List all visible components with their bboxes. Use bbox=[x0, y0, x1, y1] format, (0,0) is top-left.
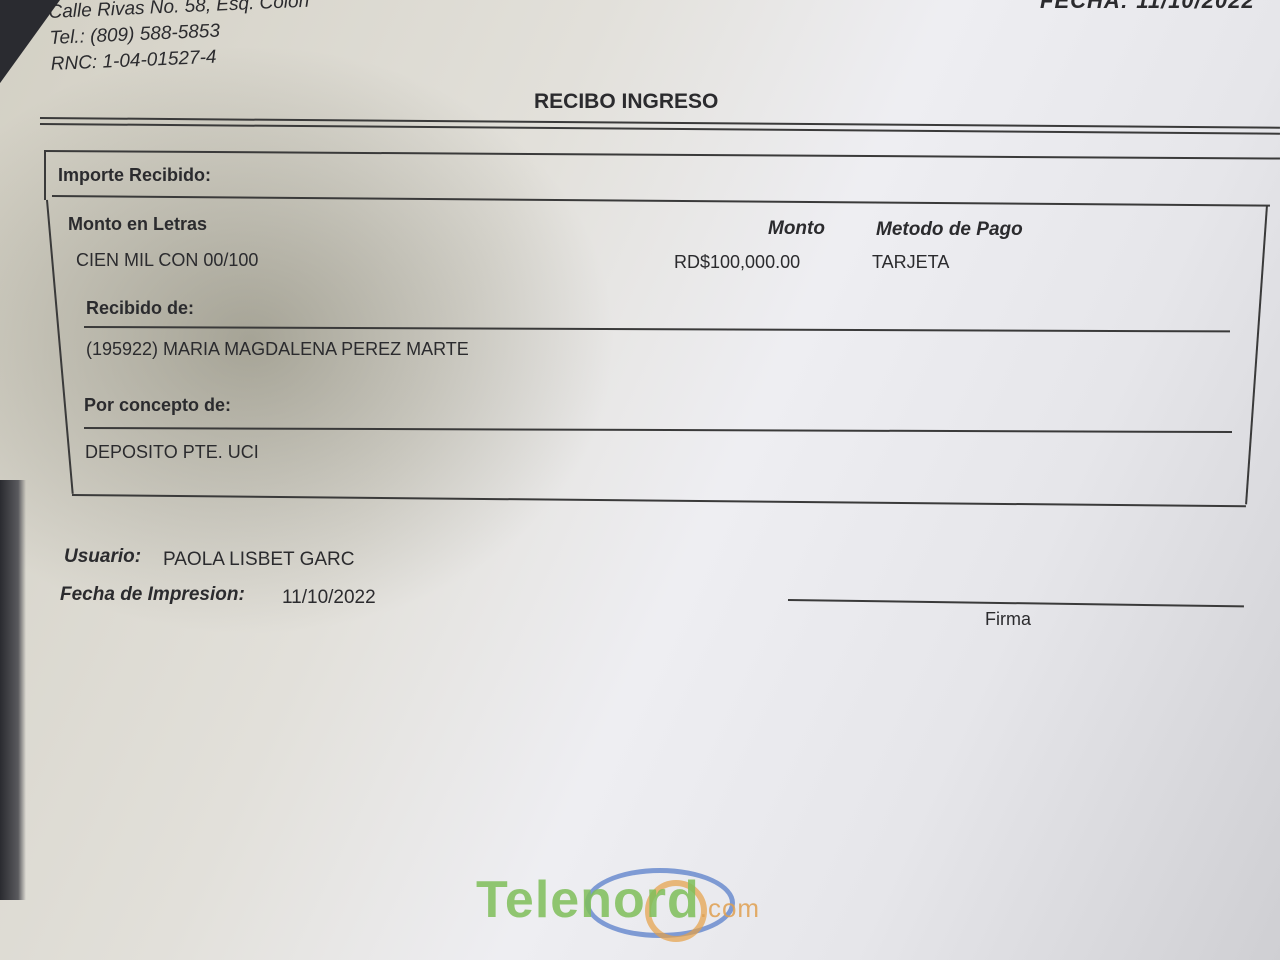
receipt-title: RECIBO INGRESO bbox=[534, 90, 718, 114]
watermark-brand: Telenord bbox=[476, 871, 700, 929]
usuario-value: PAOLA LISBET GARC bbox=[163, 549, 354, 571]
fecha-impresion-value: 11/10/2022 bbox=[282, 587, 376, 609]
firma-label: Firma bbox=[985, 609, 1031, 630]
metodo-pago-value: TARJETA bbox=[872, 252, 949, 273]
monto-letras-label: Monto en Letras bbox=[68, 214, 207, 235]
fecha-impresion-label: Fecha de Impresion: bbox=[60, 584, 245, 606]
monto-letras-value: CIEN MIL CON 00/100 bbox=[76, 250, 258, 271]
watermark-logo: Telenord.com bbox=[476, 870, 760, 930]
concepto-value: DEPOSITO PTE. UCI bbox=[85, 442, 259, 463]
recibido-de-label: Recibido de: bbox=[86, 298, 194, 319]
receipt-date-label: FECHA: bbox=[1040, 0, 1129, 13]
importe-label: Importe Recibido: bbox=[58, 165, 211, 186]
monto-value: RD$100,000.00 bbox=[674, 252, 800, 273]
watermark-suffix: .com bbox=[700, 893, 760, 923]
recibido-de-value: (195922) MARIA MAGDALENA PEREZ MARTE bbox=[86, 339, 469, 360]
receipt-date-value: 11/10/2022 bbox=[1136, 0, 1254, 13]
box-left-border-upper bbox=[44, 150, 46, 200]
receipt-date: FECHA: 11/10/2022 bbox=[1040, 0, 1255, 14]
monto-label: Monto bbox=[768, 218, 825, 240]
usuario-label: Usuario: bbox=[64, 546, 141, 568]
concepto-label: Por concepto de: bbox=[84, 395, 231, 416]
receipt-paper bbox=[0, 0, 1280, 960]
company-header: Calle Rivas No. 58, Esq. Colon Tel.: (80… bbox=[48, 0, 312, 78]
metodo-pago-label: Metodo de Pago bbox=[876, 219, 1023, 241]
background-shadow-left bbox=[0, 480, 26, 900]
